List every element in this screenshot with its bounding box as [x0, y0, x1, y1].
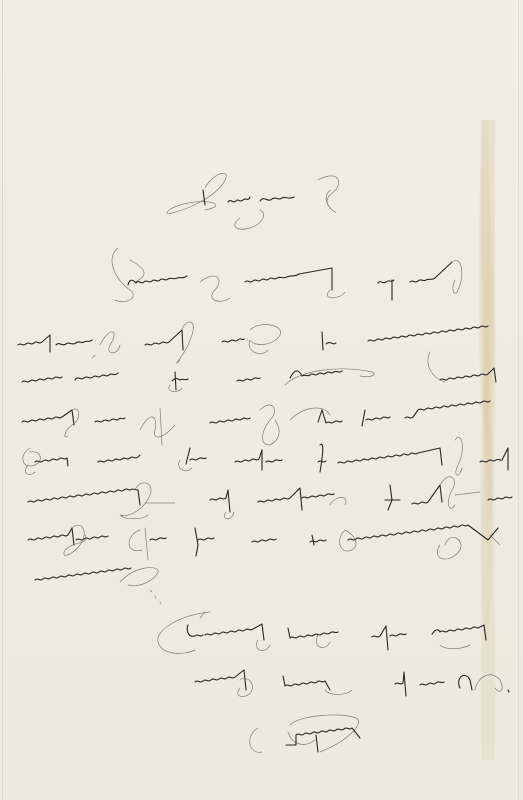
handwriting-ink [0, 0, 523, 800]
body-line-4 [22, 401, 490, 445]
body-line-7 [28, 525, 500, 560]
closing-line-1 [158, 612, 486, 653]
body-line-8 [35, 568, 161, 604]
letter-page: [illegible salutation] [illegible] [ille… [0, 0, 523, 800]
body-line-1 [112, 248, 462, 302]
body-line-2 [18, 322, 488, 363]
signature [250, 715, 360, 752]
body-line-5 [23, 437, 508, 475]
body-line-6 [28, 477, 512, 519]
body-line-3 [22, 352, 496, 392]
closing-line-2 [195, 670, 509, 697]
salutation [167, 173, 339, 229]
